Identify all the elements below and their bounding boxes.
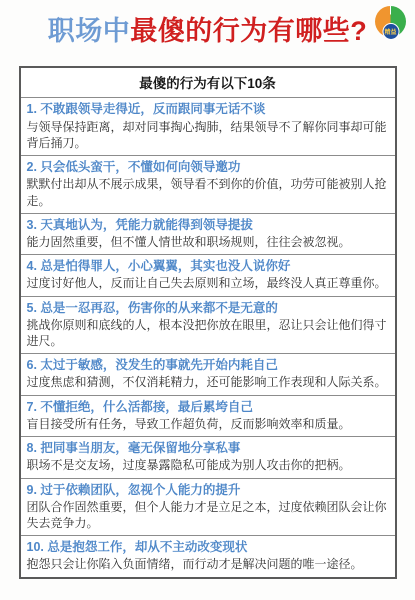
- item-heading: 10. 总是抱怨工作，却从不主动改变现状: [27, 539, 390, 555]
- item-heading: 4. 总是怕得罪人，小心翼翼，其实也没人说你好: [27, 258, 390, 274]
- item-heading: 1. 不敢跟领导走得近，反而跟同事无话不谈: [27, 101, 390, 117]
- behavior-list: 1. 不敢跟领导走得近，反而跟同事无话不谈 与领导保持距离，却对同事掏心掏肺，结…: [21, 97, 395, 576]
- item-body: 默默付出却从不展示成果，领导看不到你的价值，功劳可能被别人抢走。: [27, 176, 390, 208]
- item-body: 盲目接受所有任务，导致工作超负荷，反而影响效率和质量。: [27, 416, 390, 432]
- page-title: 职场中最傻的行为有哪些?: [0, 13, 415, 49]
- item-body: 挑战你原则和底线的人，根本没把你放在眼里，忍让只会让他们得寸进尺。: [27, 317, 390, 349]
- brand-logo-icon: 精益: [375, 6, 406, 37]
- list-item: 10. 总是抱怨工作，却从不主动改变现状 抱怨只会让你陷入负面情绪，而行动才是解…: [21, 535, 395, 576]
- header: 职场中最傻的行为有哪些? 精益: [0, 0, 415, 49]
- item-heading: 7. 不懂拒绝，什么活都接，最后累垮自己: [27, 399, 390, 415]
- item-heading: 2. 只会低头蛮干，不懂如何向领导邀功: [27, 159, 390, 175]
- list-item: 3. 天真地认为，凭能力就能得到领导提拔 能力固然重要，但不懂人情世故和职场规则…: [21, 213, 395, 254]
- list-item: 4. 总是怕得罪人，小心翼翼，其实也没人说你好 过度讨好他人，反而让自己失去原则…: [21, 254, 395, 295]
- item-body: 抱怨只会让你陷入负面情绪，而行动才是解决问题的唯一途径。: [27, 556, 390, 572]
- behavior-table: 最傻的行为有以下10条 1. 不敢跟领导走得近，反而跟同事无话不谈 与领导保持距…: [19, 66, 397, 578]
- list-item: 8. 把同事当朋友，毫无保留地分享私事 职场不是交友场，过度暴露隐私可能成为别人…: [21, 436, 395, 477]
- item-heading: 3. 天真地认为，凭能力就能得到领导提拔: [27, 217, 390, 233]
- item-body: 团队合作固然重要，但个人能力才是立足之本，过度依赖团队会让你失去竞争力。: [27, 499, 390, 531]
- list-item: 6. 太过于敏感，没发生的事就先开始内耗自己 过度焦虑和猜测，不仅消耗精力，还可…: [21, 353, 395, 394]
- item-heading: 9. 过于依赖团队，忽视个人能力的提升: [27, 482, 390, 498]
- title-part-red: 最傻的行为有哪些?: [130, 16, 367, 46]
- list-item: 1. 不敢跟领导走得近，反而跟同事无话不谈 与领导保持距离，却对同事掏心掏肺，结…: [21, 97, 395, 155]
- logo-badge: 精益: [382, 23, 399, 40]
- item-heading: 5. 总是一忍再忍，伤害你的从来都不是无意的: [27, 300, 390, 316]
- list-item: 7. 不懂拒绝，什么活都接，最后累垮自己 盲目接受所有任务，导致工作超负荷，反而…: [21, 395, 395, 436]
- title-part-blue: 职场中: [48, 16, 131, 46]
- item-body: 过度焦虑和猜测，不仅消耗精力，还可能影响工作表现和人际关系。: [27, 374, 390, 390]
- logo-badge-label: 精益: [384, 27, 396, 36]
- item-body: 过度讨好他人，反而让自己失去原则和立场，最终没人真正尊重你。: [27, 275, 390, 291]
- item-body: 能力固然重要，但不懂人情世故和职场规则，往往会被忽视。: [27, 234, 390, 250]
- infographic-page: { "header": { "title_blue": "职场中", "titl…: [0, 0, 415, 600]
- list-item: 2. 只会低头蛮干，不懂如何向领导邀功 默默付出却从不展示成果，领导看不到你的价…: [21, 155, 395, 213]
- list-item: 5. 总是一忍再忍，伤害你的从来都不是无意的 挑战你原则和底线的人，根本没把你放…: [21, 296, 395, 354]
- table-header: 最傻的行为有以下10条: [21, 68, 395, 97]
- item-heading: 6. 太过于敏感，没发生的事就先开始内耗自己: [27, 357, 390, 373]
- item-body: 与领导保持距离，却对同事掏心掏肺，结果领导不了解你同事却可能背后捅刀。: [27, 119, 390, 151]
- list-item: 9. 过于依赖团队，忽视个人能力的提升 团队合作固然重要，但个人能力才是立足之本…: [21, 478, 395, 536]
- item-body: 职场不是交友场，过度暴露隐私可能成为别人攻击你的把柄。: [27, 457, 390, 473]
- item-heading: 8. 把同事当朋友，毫无保留地分享私事: [27, 440, 390, 456]
